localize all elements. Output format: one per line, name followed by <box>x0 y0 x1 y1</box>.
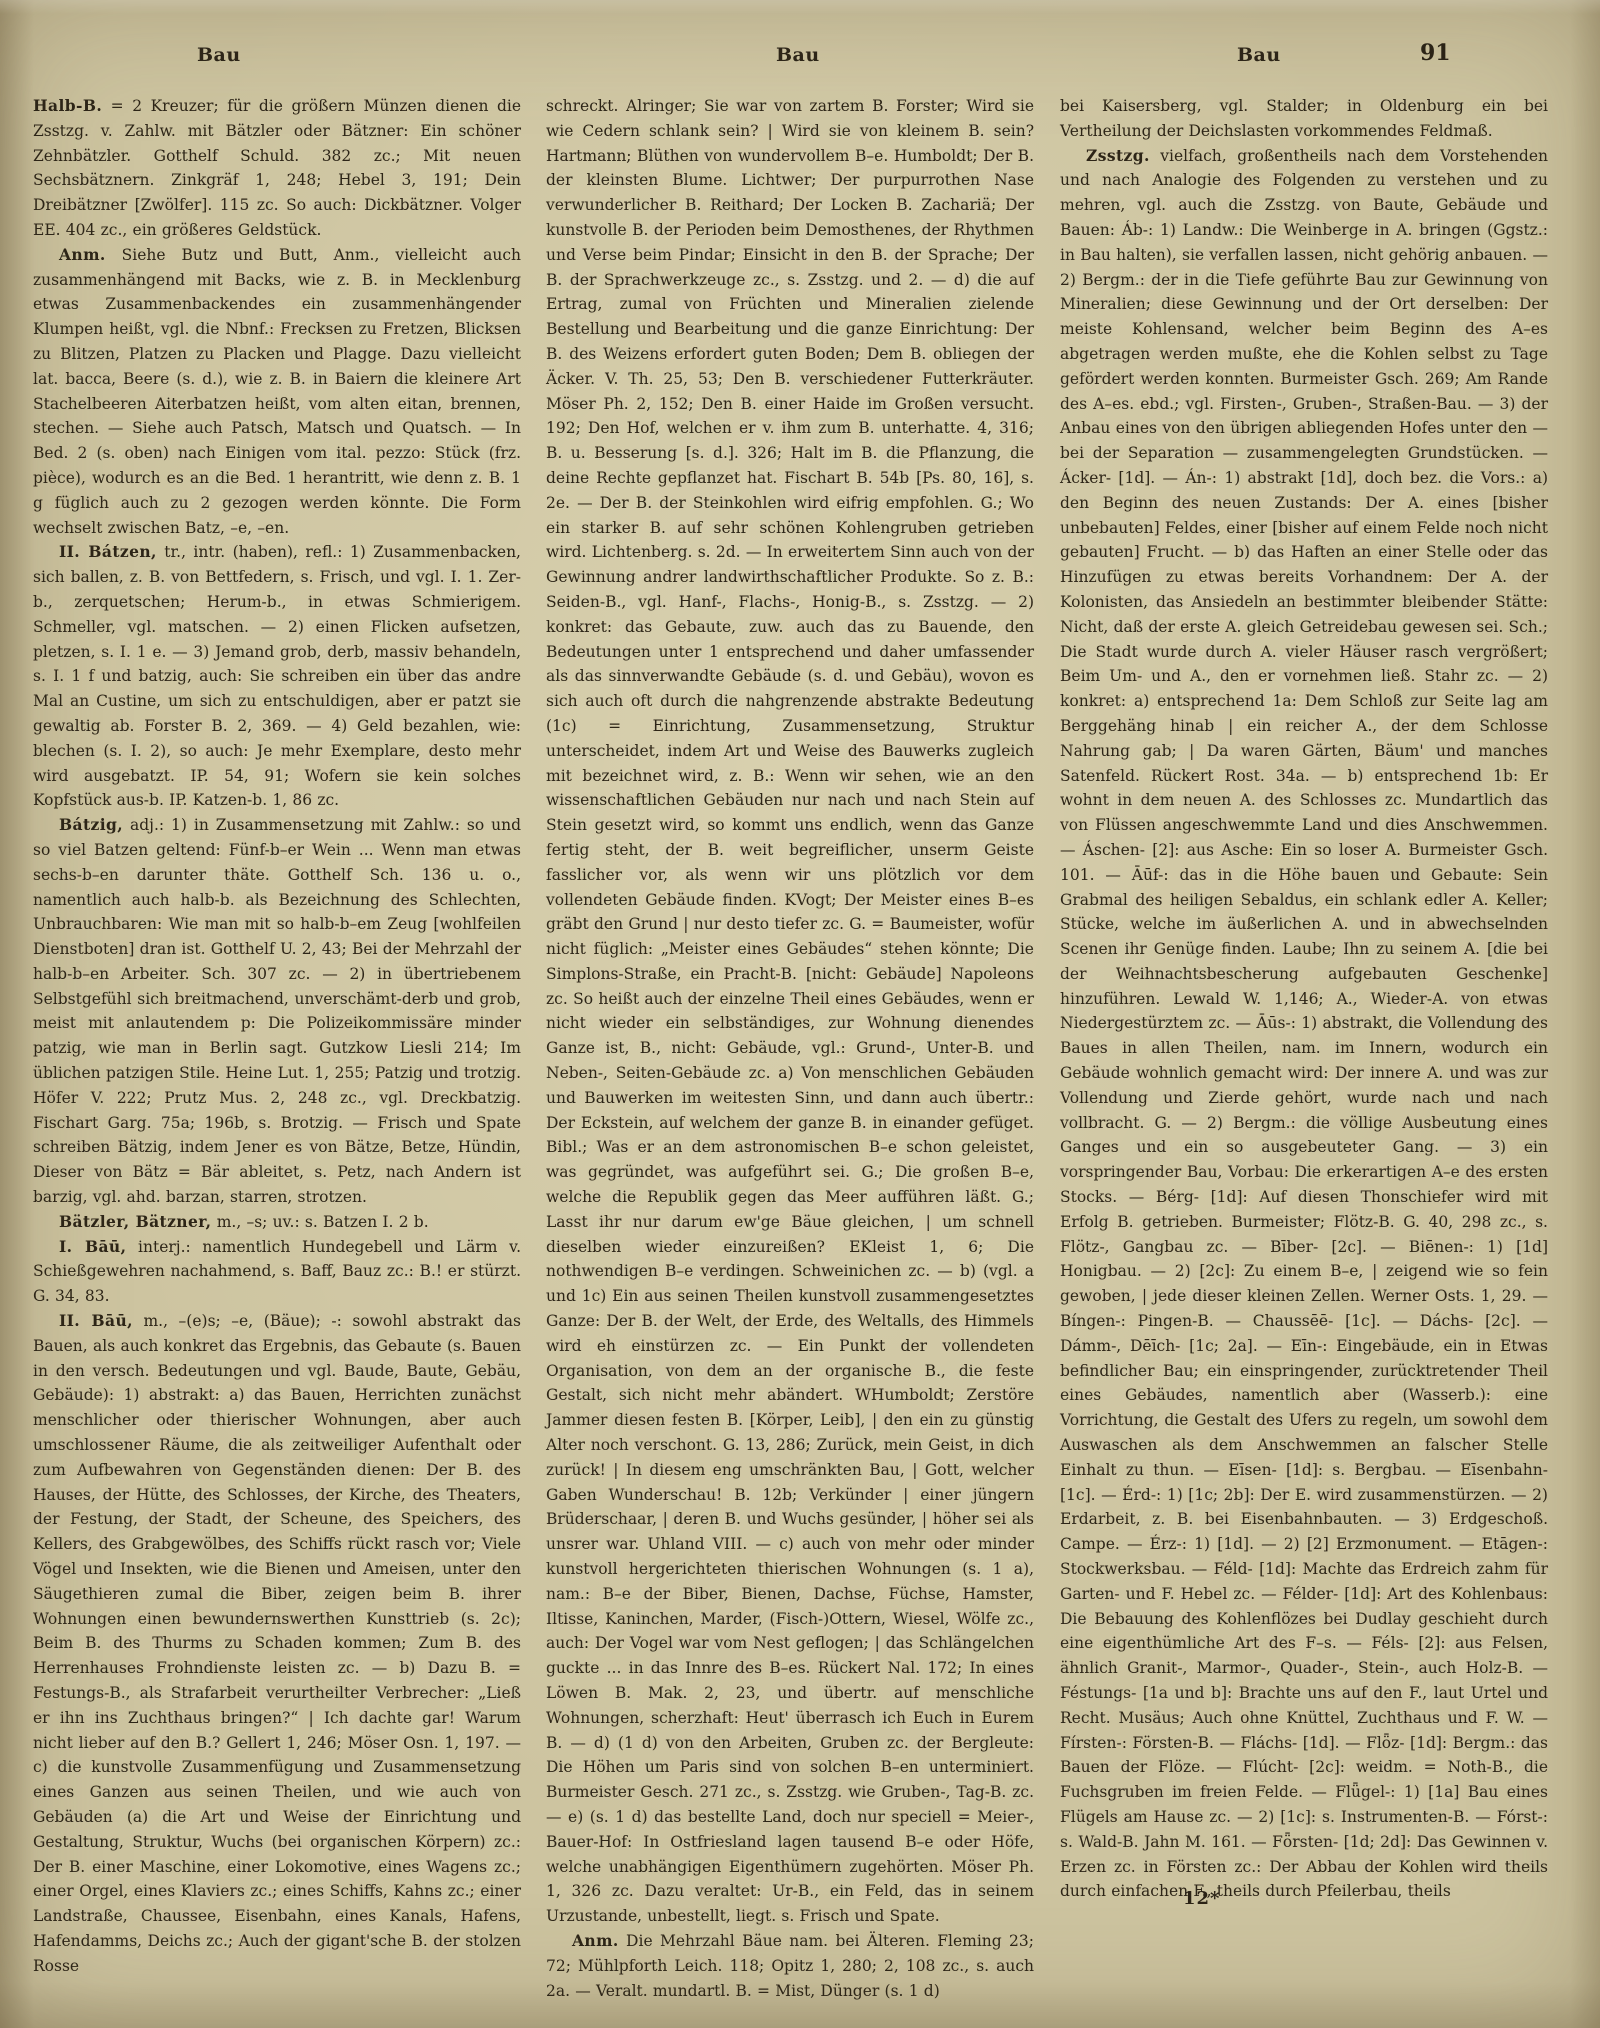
running-head-left: Bau <box>197 44 241 66</box>
paragraph: Halb-B. = 2 Kreuzer; für die größern Mün… <box>33 94 521 243</box>
headword: Bátzig, <box>59 815 123 834</box>
running-head-center: Bau <box>776 44 820 66</box>
paragraph: schreckt. Alringer; Sie war von zartem B… <box>546 94 1034 1929</box>
signature-mark: 12* <box>1183 1888 1220 1909</box>
headword: II. Bāū, <box>59 1311 133 1330</box>
headword: Zsstzg. <box>1086 146 1150 165</box>
paragraph: Bátzig, adj.: 1) in Zusammensetzung mit … <box>33 813 521 1210</box>
text-column-2: schreckt. Alringer; Sie war von zartem B… <box>546 94 1034 2003</box>
running-head-right: Bau <box>1237 44 1281 66</box>
paragraph: I. Bāū, interj.: namentlich Hundegebell … <box>33 1235 521 1309</box>
headword: II. Bátzen, <box>59 542 157 561</box>
paragraph: Anm. Die Mehrzahl Bäue nam. bei Älteren.… <box>546 1929 1034 2003</box>
text-column-1: Halb-B. = 2 Kreuzer; für die größern Mün… <box>33 94 521 1979</box>
paragraph: Anm. Siehe Butz und Butt, Anm., vielleic… <box>33 243 521 541</box>
page-number: 91 <box>1420 40 1451 66</box>
paragraph: bei Kaisersberg, vgl. Stalder; in Oldenb… <box>1060 94 1548 144</box>
headword: Anm. <box>572 1931 619 1950</box>
paragraph: Zsstzg. vielfach, großentheils nach dem … <box>1060 144 1548 1905</box>
headword: I. Bāū, <box>59 1237 126 1256</box>
headword: Anm. <box>59 245 106 264</box>
headword: Bätzler, Bätzner, <box>59 1212 211 1231</box>
paragraph: II. Bátzen, tr., intr. (haben), refl.: 1… <box>33 540 521 813</box>
paragraph: II. Bāū, m., –(e)s; –e, (Bäue); -: sowoh… <box>33 1309 521 1979</box>
dictionary-page: Bau Bau Bau 91 Halb-B. = 2 Kreuzer; für … <box>0 0 1600 2028</box>
text-column-3: bei Kaisersberg, vgl. Stalder; in Oldenb… <box>1060 94 1548 1904</box>
headword: Halb-B. <box>33 96 102 115</box>
paragraph: Bätzler, Bätzner, m., –s; uv.: s. Batzen… <box>33 1210 521 1235</box>
